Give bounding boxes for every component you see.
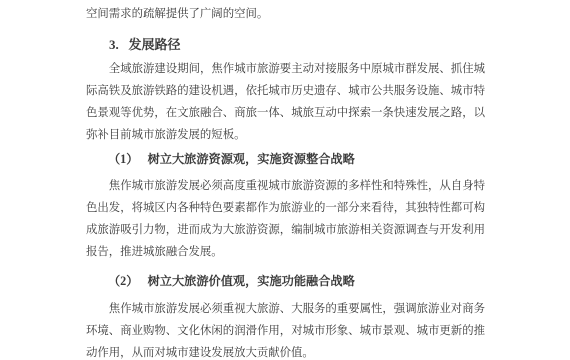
text-line: 色景观等优势，在文旅融合、商旅一体、城旅互动中探索一条快速发展之路，以 [86,102,485,124]
subsection-1-title: 树立大旅游资源观，实施资源整合战略 [148,152,355,166]
subsection-2-title: 树立大旅游价值观，实施功能融合战略 [148,274,355,288]
subsection-heading-1: （1）树立大旅游资源观，实施资源整合战略 [86,148,485,170]
text-line: 环境、商业购物、文化休闲的润滑作用，对城市形象、城市景观、城市更新的推 [86,320,485,342]
text-line: 弥补目前城市旅游发展的短板。 [86,124,485,146]
section-heading: 3.发展路径 [86,34,485,56]
text-line: 焦作城市旅游发展必须重视大旅游、大服务的重要属性，强调旅游业对商务 [86,298,485,320]
section-heading-number: 3. [109,37,119,52]
text-line: 色出发，将城区内各种特色要素都作为旅游业的一部分来看待，其独特性都可构 [86,197,485,219]
text-line: 动作用，从而对城市建设发展放大贡献价值。 [86,342,485,360]
subsection-2-number: （2） [108,274,138,288]
text-line: 际高铁及旅游铁路的建设机遇，依托城市历史遗存、城市公共服务设施、城市特 [86,80,485,102]
subsection-heading-2: （2）树立大旅游价值观，实施功能融合战略 [86,270,485,292]
text-line: 成旅游吸引力物，进而成为大旅游资源，编制城市旅游相关资源调查与开发利用 [86,219,485,241]
text-line: 焦作城市旅游发展必须高度重视城市旅游资源的多样性和特殊性，从自身特 [86,175,485,197]
text-line: 空间需求的疏解提供了广阔的空间。 [86,3,485,25]
subsection-1-number: （1） [108,152,138,166]
body-paragraph-2: 焦作城市旅游发展必须高度重视城市旅游资源的多样性和特殊性，从自身特 色出发，将城… [86,175,485,263]
continuation-paragraph: 空间需求的疏解提供了广阔的空间。 [86,3,485,25]
text-line: 报告，推进城旅融合发展。 [86,241,485,263]
body-paragraph-1: 全域旅游建设期间，焦作城市旅游要主动对接服务中原城市群发展、抓住城 际高铁及旅游… [86,58,485,146]
text-line: 全域旅游建设期间，焦作城市旅游要主动对接服务中原城市群发展、抓住城 [86,58,485,80]
section-heading-title: 发展路径 [129,37,181,52]
document-page: 空间需求的疏解提供了广阔的空间。 3.发展路径 全域旅游建设期间，焦作城市旅游要… [0,0,570,360]
body-paragraph-3: 焦作城市旅游发展必须重视大旅游、大服务的重要属性，强调旅游业对商务 环境、商业购… [86,298,485,360]
